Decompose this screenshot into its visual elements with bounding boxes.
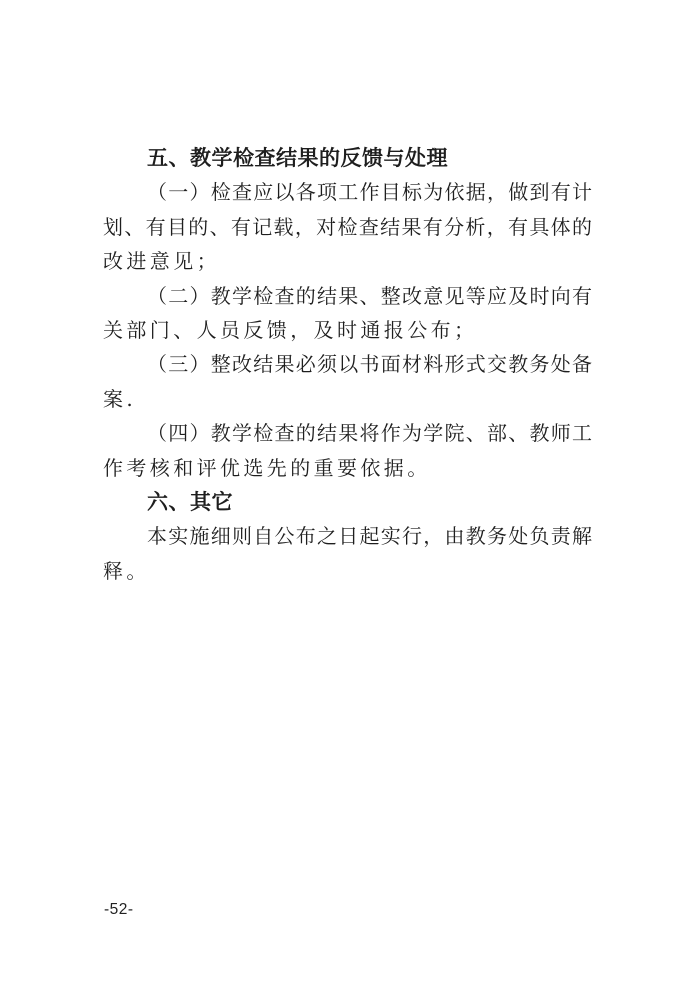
para-2-line-2: 关部门、人员反馈，及时通报公布； [103,313,592,347]
page-number: -52- [104,901,134,919]
document-body: 五、教学检查结果的反馈与处理 （一）检查应以各项工作目标为依据，做到有计 划、有… [103,141,592,588]
para-5-line-2: 释。 [103,554,592,588]
section-6-heading: 六、其它 [103,485,592,519]
para-1-line-2: 划、有目的、有记载，对检查结果有分析，有具体的 [103,210,592,244]
section-5-heading: 五、教学检查结果的反馈与处理 [103,141,592,175]
para-3-line-2: 案. [103,382,592,416]
para-1-line-1: （一）检查应以各项工作目标为依据，做到有计 [103,175,592,209]
para-3-line-1: （三）整改结果必须以书面材料形式交教务处备 [103,347,592,381]
document-page: 五、教学检查结果的反馈与处理 （一）检查应以各项工作目标为依据，做到有计 划、有… [0,0,695,982]
para-4-line-1: （四）教学检查的结果将作为学院、部、教师工 [103,416,592,450]
para-2-line-1: （二）教学检查的结果、整改意见等应及时向有 [103,279,592,313]
para-1-line-3: 改进意见； [103,244,592,278]
para-5-line-1: 本实施细则自公布之日起实行，由教务处负责解 [103,519,592,553]
para-4-line-2: 作考核和评优选先的重要依据。 [103,451,592,485]
